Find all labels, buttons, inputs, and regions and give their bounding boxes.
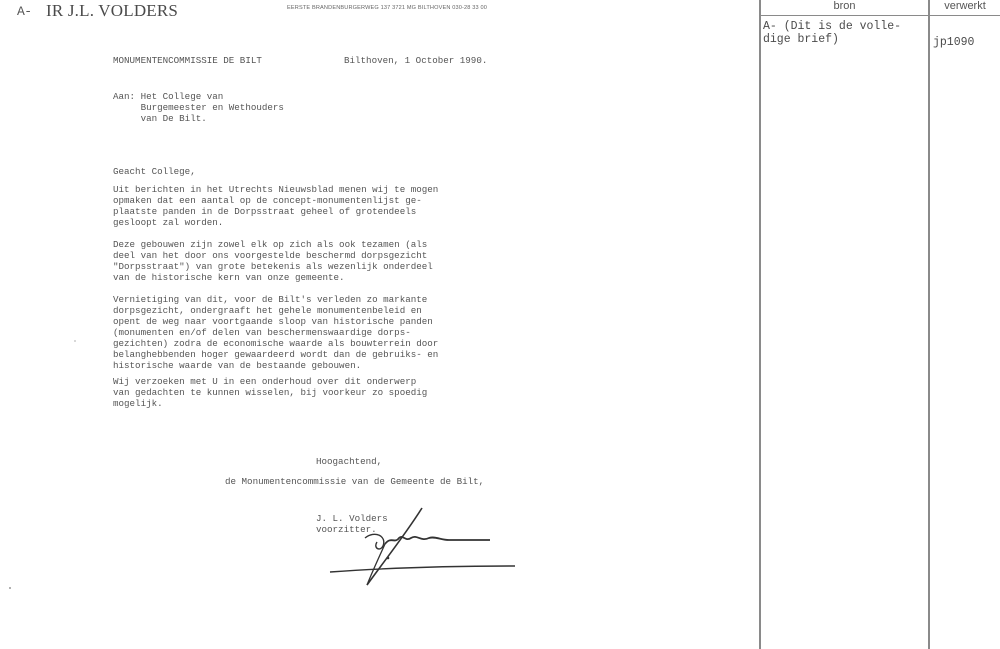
source-marker: A- <box>17 4 32 19</box>
letter-paragraph: Vernietiging van dit, voor de Bilt's ver… <box>113 294 438 371</box>
letter-committee: de Monumentencommissie van de Gemeente d… <box>225 476 484 487</box>
column-header-verwerkt: verwerkt <box>930 0 1000 12</box>
letter-date: Bilthoven, 1 October 1990. <box>344 55 487 66</box>
signature-icon <box>325 500 525 595</box>
letter-closing: Hoogachtend, <box>316 456 382 467</box>
letterhead-name: IR J.L. VOLDERS <box>46 1 178 21</box>
column-header-bron: bron <box>761 0 928 12</box>
table-column-divider <box>928 0 930 649</box>
letter-paragraph: Deze gebouwen zijn zowel elk op zich als… <box>113 239 433 283</box>
table-header-divider <box>759 15 1000 16</box>
letterhead-address: EERSTE BRANDENBURGERWEG 137 3721 MG BILT… <box>287 5 487 11</box>
letter-salutation: Geacht College, <box>113 166 196 177</box>
table-border-left <box>759 0 761 649</box>
table-cell-verwerkt: jp1090 <box>933 36 974 49</box>
letter-recipient: Aan: Het College van Burgemeester en Wet… <box>113 91 284 124</box>
table-cell-bron: A- (Dit is de volle- dige brief) <box>763 20 901 46</box>
scan-speck <box>74 340 76 342</box>
letter-paragraph: Wij verzoeken met U in een onderhoud ove… <box>113 376 427 409</box>
scan-speck <box>9 587 11 589</box>
letter-sender: MONUMENTENCOMMISSIE DE BILT <box>113 55 262 66</box>
letter-paragraph: Uit berichten in het Utrechts Nieuwsblad… <box>113 184 438 228</box>
